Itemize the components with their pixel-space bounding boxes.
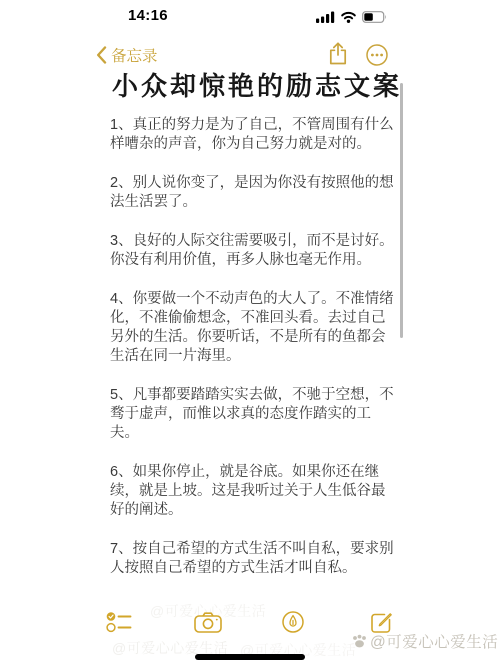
note-title[interactable]: 小众却惊艳的励志文案 xyxy=(112,66,402,103)
note-line: 好的阐述。 xyxy=(110,501,402,520)
cellular-signal-icon xyxy=(316,11,335,23)
battery-icon xyxy=(362,11,387,23)
share-icon xyxy=(328,42,348,65)
note-line: 人按照自己希望的方式生活才叫自私。 xyxy=(110,559,402,578)
note-paragraph: 6、如果你停止，就是谷底。如果你还在继续，就是上坡。这是我听过关于人生低谷最好的… xyxy=(110,463,402,520)
note-paragraph: 1、真正的努力是为了自己，不管周围有什么样嘈杂的声音，你为自己努力就是对的。 xyxy=(110,116,402,154)
camera-icon xyxy=(194,612,222,633)
note-line: 3、良好的人际交往需要吸引，而不是讨好。 xyxy=(110,232,402,251)
note-line: 7、按自己希望的方式生活不叫自私，要求别 xyxy=(110,540,402,559)
status-bar-time: 14:16 xyxy=(128,7,168,24)
note-line: 续，就是上坡。这是我听过关于人生低谷最 xyxy=(110,482,402,501)
markup-button[interactable] xyxy=(282,611,304,633)
checklist-icon xyxy=(106,611,132,633)
note-line: 化，不准偷偷想念，不准回头看。去过自己 xyxy=(110,309,402,328)
note-line: 5、凡事都要踏踏实实去做，不驰于空想，不 xyxy=(110,386,402,405)
note-line: 生活在同一片海里。 xyxy=(110,347,402,366)
note-paragraph: 7、按自己希望的方式生活不叫自私，要求别人按照自己希望的方式生活才叫自私。 xyxy=(110,540,402,578)
note-paragraph: 3、良好的人际交往需要吸引，而不是讨好。你没有利用价值，再多人脉也毫无作用。 xyxy=(110,232,402,270)
home-indicator[interactable] xyxy=(195,654,305,660)
note-line: 你没有利用价值，再多人脉也毫无作用。 xyxy=(110,251,402,270)
back-button[interactable]: 备忘录 xyxy=(96,44,158,66)
note-paragraph: 4、你要做一个不动声色的大人了。不准情绪化，不准偷偷想念，不准回头看。去过自己另… xyxy=(110,290,402,366)
note-paragraph: 2、别人说你变了，是因为你没有按照他的想法生活罢了。 xyxy=(110,174,402,212)
chevron-left-icon xyxy=(96,46,107,64)
creator-watermark-text: @可爱心心爱生活 xyxy=(370,630,498,652)
paw-icon xyxy=(351,634,368,649)
creator-watermark: @可爱心心爱生活 xyxy=(351,630,498,652)
checklist-button[interactable] xyxy=(106,611,132,633)
note-line: 夫。 xyxy=(110,424,402,443)
note-line: 4、你要做一个不动声色的大人了。不准情绪 xyxy=(110,290,402,309)
note-line: 2、别人说你变了，是因为你没有按照他的想 xyxy=(110,174,402,193)
more-button[interactable] xyxy=(366,44,388,66)
more-icon xyxy=(366,44,388,66)
markup-icon xyxy=(282,611,304,633)
note-line: 1、真正的努力是为了自己，不管周围有什么 xyxy=(110,116,402,135)
note-line: 6、如果你停止，就是谷底。如果你还在继 xyxy=(110,463,402,482)
note-line: 另外的生活。你要听话，不是所有的鱼都会 xyxy=(110,328,402,347)
note-line: 样嘈杂的声音，你为自己努力就是对的。 xyxy=(110,135,402,154)
camera-button[interactable] xyxy=(194,612,222,633)
note-line: 法生活罢了。 xyxy=(110,193,402,212)
status-bar-icons xyxy=(316,11,387,23)
back-button-label: 备忘录 xyxy=(111,44,158,66)
wifi-icon xyxy=(340,11,357,23)
note-paragraph: 5、凡事都要踏踏实实去做，不驰于空想，不骛于虚声，而惟以求真的态度作踏实的工夫。 xyxy=(110,386,402,443)
note-line: 骛于虚声，而惟以求真的态度作踏实的工 xyxy=(110,405,402,424)
share-button[interactable] xyxy=(328,42,348,65)
note-body[interactable]: 1、真正的努力是为了自己，不管周围有什么样嘈杂的声音，你为自己努力就是对的。2、… xyxy=(110,116,402,598)
